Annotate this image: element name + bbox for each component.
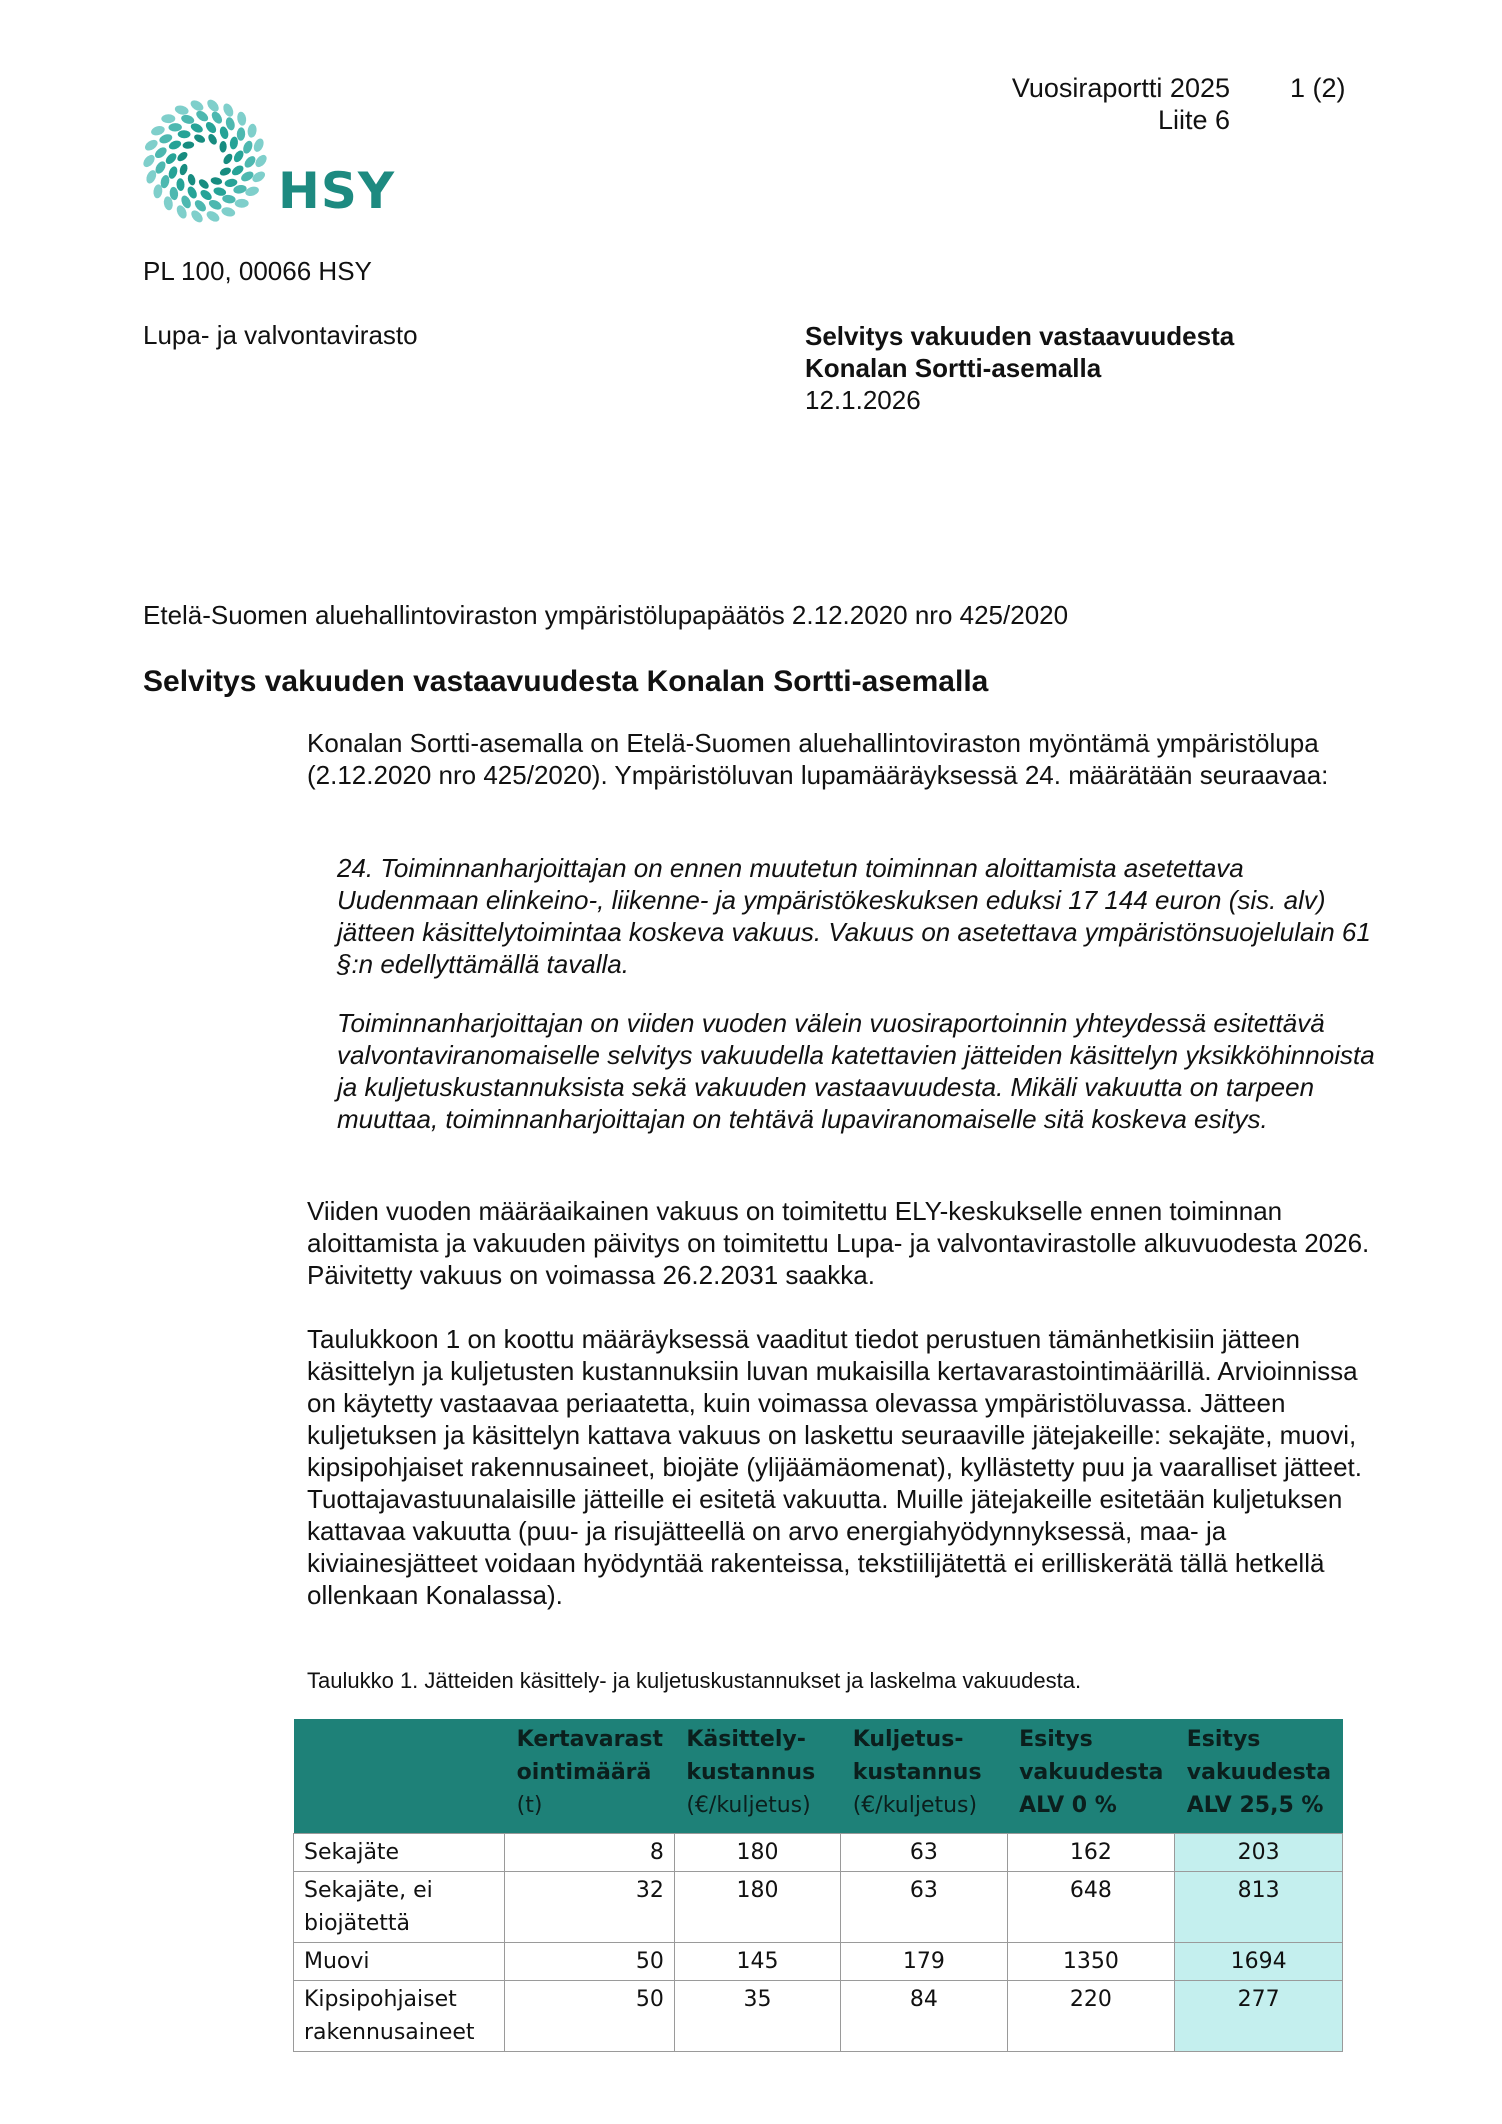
table-cell-alv255: 203 [1175,1834,1343,1872]
page-number: 1 (2) [1290,72,1346,104]
quote-regulation-24: 24. Toiminnanharjoittajan on ennen muute… [337,852,1387,980]
table-cell-handling: 180 [674,1872,840,1943]
main-heading: Selvitys vakuuden vastaavuudesta Konalan… [143,665,988,699]
column-header: EsitysvakuudestaALV 0 % [1007,1719,1175,1834]
table-row: Muovi5014517913501694 [294,1943,1343,1981]
table-cell-alv0: 648 [1007,1872,1175,1943]
paragraph-table-explanation: Taulukkoon 1 on koottu määräyksessä vaad… [307,1323,1387,1611]
table-row: Kipsipohjaiset rakennusaineet50358422027… [294,1981,1343,2052]
table-cell-name: Sekajäte, ei biojätettä [294,1872,505,1943]
table-cell-transport: 84 [841,1981,1007,2052]
recipient: Lupa- ja valvontavirasto [143,320,418,351]
table-cell-name: Kipsipohjaiset rakennusaineet [294,1981,505,2052]
column-header: Kuljetus-kustannus(€/kuljetus) [841,1719,1007,1834]
table-cell-name: Muovi [294,1943,505,1981]
report-title-block: Vuosiraportti 2025 Liite 6 [990,72,1230,136]
table-caption: Taulukko 1. Jätteiden käsittely- ja kulj… [307,1668,1081,1694]
table-cell-alv255: 1694 [1175,1943,1343,1981]
table-cell-transport: 179 [841,1943,1007,1981]
table-row: Sekajäte, ei biojätettä3218063648813 [294,1872,1343,1943]
table-cell-amount: 50 [505,1943,675,1981]
table-cell-alv255: 277 [1175,1981,1343,2052]
table-cell-transport: 63 [841,1834,1007,1872]
table-cell-amount: 50 [505,1981,675,2052]
logo-text: HSY [278,162,395,220]
cost-table: Kertavarastointimäärä(t)Käsittely-kustan… [293,1719,1343,2052]
subject-block: Selvitys vakuuden vastaavuudesta Konalan… [805,320,1234,416]
attachment-label: Liite 6 [990,104,1230,136]
table-cell-alv0: 1350 [1007,1943,1175,1981]
quote-reporting-requirement: Toiminnanharjoittajan on viiden vuoden v… [337,1007,1387,1135]
hsy-logo: HSY [140,96,380,226]
table-header-row: Kertavarastointimäärä(t)Käsittely-kustan… [294,1719,1343,1834]
table-cell-handling: 35 [674,1981,840,2052]
decision-reference: Etelä-Suomen aluehallintoviraston ympäri… [143,600,1068,631]
table-cell-alv0: 162 [1007,1834,1175,1872]
subject-line-1: Selvitys vakuuden vastaavuudesta [805,320,1234,352]
subject-line-2: Konalan Sortti-asemalla [805,352,1234,384]
table-body: Sekajäte818063162203Sekajäte, ei biojäte… [294,1834,1343,2052]
column-header: Käsittely-kustannus(€/kuljetus) [674,1719,840,1834]
report-title: Vuosiraportti 2025 [990,72,1230,104]
table-cell-handling: 180 [674,1834,840,1872]
paragraph-intro: Konalan Sortti-asemalla on Etelä-Suomen … [307,727,1387,791]
table-row: Sekajäte818063162203 [294,1834,1343,1872]
document-date: 12.1.2026 [805,384,1234,416]
table-cell-transport: 63 [841,1872,1007,1943]
column-header: Kertavarastointimäärä(t) [505,1719,675,1834]
paragraph-guarantee-status: Viiden vuoden määräaikainen vakuus on to… [307,1195,1387,1291]
table-cell-amount: 32 [505,1872,675,1943]
sender-address: PL 100, 00066 HSY [143,256,372,287]
column-header: EsitysvakuudestaALV 25,5 % [1175,1719,1343,1834]
table-cell-name: Sekajäte [294,1834,505,1872]
table-cell-alv0: 220 [1007,1981,1175,2052]
table-cell-handling: 145 [674,1943,840,1981]
table-cell-amount: 8 [505,1834,675,1872]
column-header [294,1719,505,1834]
hsy-swirl-icon [140,96,270,226]
table-cell-alv255: 813 [1175,1872,1343,1943]
